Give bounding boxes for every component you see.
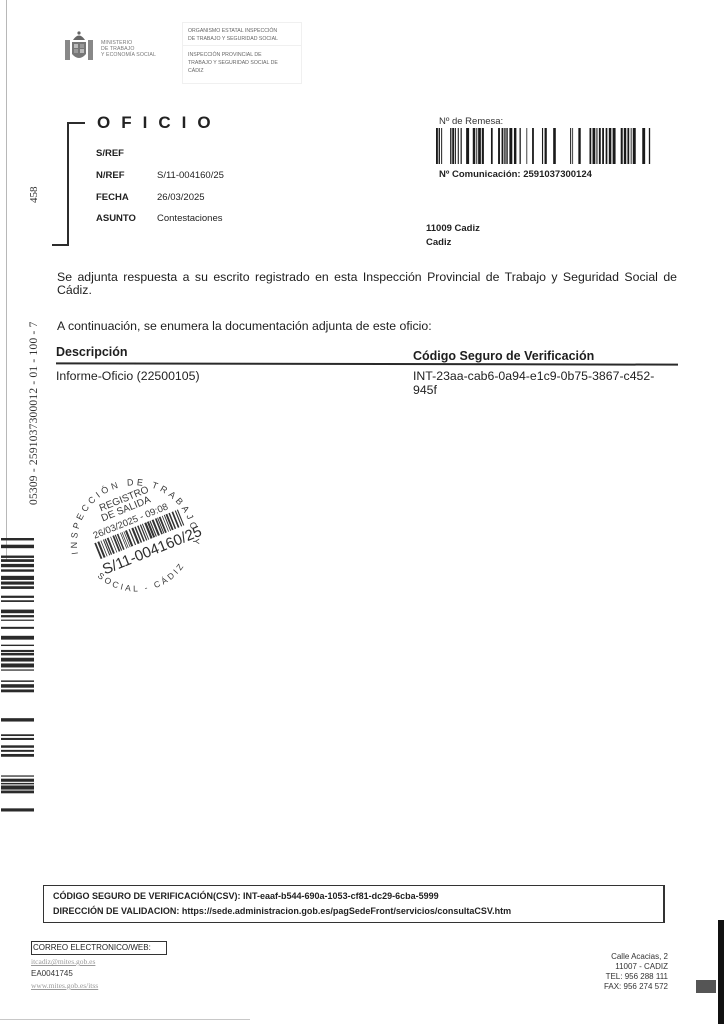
- remesa-barcode: [436, 128, 651, 164]
- email-link[interactable]: itcadiz@mites.gob.es: [31, 957, 95, 966]
- provincial-line: CÁDIZ: [188, 67, 278, 75]
- provincial-line: INSPECCIÓN PROVINCIAL DE: [188, 51, 278, 59]
- table-header-rule: [56, 362, 678, 365]
- remesa-label: Nº de Remesa:: [439, 116, 503, 127]
- provincial-office-name: INSPECCIÓN PROVINCIAL DE TRABAJO Y SEGUR…: [188, 51, 278, 75]
- contact-label: CORREO ELECTRONICO/WEB:: [31, 941, 167, 955]
- ministry-name: MINISTERIO DE TRABAJO Y ECONOMÍA SOCIAL: [101, 40, 156, 58]
- office-code: EA0041745: [31, 969, 73, 978]
- validation-url[interactable]: DIRECCIÓN DE VALIDACION: https://sede.ad…: [53, 906, 511, 916]
- scan-marker: [696, 980, 716, 993]
- coat-of-arms-icon: [62, 30, 96, 64]
- asunto-label: ASUNTO: [96, 213, 136, 224]
- web-link[interactable]: www.mites.gob.es/itss: [31, 981, 98, 990]
- document-tracking-code: 05309 - 2591037300012 - 01 - 100 - 7: [28, 321, 40, 505]
- fecha-value: 26/03/2025: [157, 192, 205, 203]
- address-line: 11007 - CADIZ: [604, 962, 668, 972]
- organism-line: ORGANISMO ESTATAL INSPECCIÓN: [188, 27, 278, 35]
- scan-edge: [718, 920, 724, 1024]
- side-barcode: [1, 538, 34, 813]
- csv-verification-box: CÓDIGO SEGURO DE VERIFICACIÓN(CSV): INT-…: [43, 885, 665, 923]
- bracket-line: [67, 122, 85, 124]
- organism-name: ORGANISMO ESTATAL INSPECCIÓN DE TRABAJO …: [188, 27, 278, 43]
- recipient-address-line: Cadiz: [426, 237, 451, 248]
- office-address: Calle Acacias, 2 11007 - CADIZ TEL: 956 …: [604, 952, 668, 992]
- organism-line: DE TRABAJO Y SEGURIDAD SOCIAL: [188, 35, 278, 43]
- bracket-line: [52, 244, 69, 246]
- csv-line: INT-23aa-cab6-0a94-e1c9-0b75-3867-c452-: [413, 370, 654, 384]
- scan-edge-line: [6, 0, 7, 560]
- registry-stamp: INSPECCIÓN DE TRABAJO Y SEGURIDAD SOCIAL…: [56, 454, 212, 596]
- nref-label: N/REF: [96, 170, 125, 181]
- bracket-line: [67, 122, 69, 246]
- body-paragraph: Se adjunta respuesta a su escrito regist…: [57, 271, 677, 297]
- divider: [183, 45, 301, 46]
- asunto-value: Contestaciones: [157, 213, 222, 224]
- csv-line: 945f: [413, 384, 654, 398]
- body-paragraph: A continuación, se enumera la documentac…: [57, 320, 677, 333]
- organism-box: ORGANISMO ESTATAL INSPECCIÓN DE TRABAJO …: [182, 22, 302, 84]
- scan-edge-line: [0, 1019, 250, 1020]
- sref-label: S/REF: [96, 148, 124, 159]
- document-title: OFICIO: [97, 113, 222, 133]
- nref-value: S/11-004160/25: [157, 170, 224, 181]
- address-line: Calle Acacias, 2: [604, 952, 668, 962]
- csv-code: CÓDIGO SEGURO DE VERIFICACIÓN(CSV): INT-…: [53, 891, 439, 901]
- ministry-line: Y ECONOMÍA SOCIAL: [101, 52, 156, 58]
- fax-number: FAX: 956 274 572: [604, 982, 668, 992]
- fecha-label: FECHA: [96, 192, 129, 203]
- comunicacion-number: Nº Comunicación: 2591037300124: [439, 169, 592, 180]
- phone-number: TEL: 956 288 111: [604, 972, 668, 982]
- page-number: 458: [28, 187, 40, 204]
- provincial-line: TRABAJO Y SEGURIDAD SOCIAL DE: [188, 59, 278, 67]
- table-cell-description: Informe-Oficio (22500105): [56, 370, 200, 384]
- column-header-description: Descripción: [56, 345, 128, 359]
- column-header-csv: Código Seguro de Verificación: [413, 349, 594, 363]
- table-cell-csv: INT-23aa-cab6-0a94-e1c9-0b75-3867-c452- …: [413, 370, 654, 397]
- recipient-address-line: 11009 Cadiz: [426, 223, 480, 234]
